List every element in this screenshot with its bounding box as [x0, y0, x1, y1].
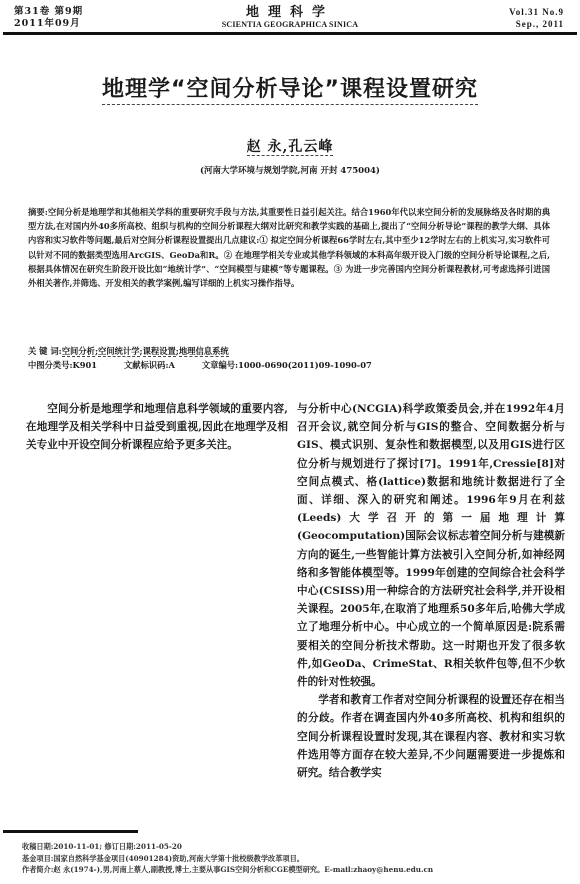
date-en: Sep., 2011: [509, 18, 564, 30]
author-line: 赵 永,孔云峰: [0, 136, 580, 156]
received-date: 收稿日期:2010-11-01; 修订日期:2011-05-20: [22, 841, 433, 853]
clc-number: 中图分类号:K901: [28, 360, 97, 370]
header-rule: [3, 32, 577, 35]
journal-name-en: SCIENTIA GEOGRAPHICA SINICA: [12, 20, 568, 30]
abstract: 摘要:空间分析是地理学和其他相关学科的重要研究手段与方法,其重要性日益引起关注。…: [28, 205, 550, 290]
document-code: 文献标识码:A: [124, 360, 175, 370]
footnote-rule: [3, 830, 138, 833]
paragraph: 学者和教育工作者对空间分析课程的设置还存在相当的分歧。作者在调查国内外40多所高…: [297, 691, 565, 782]
keyword: 地理信息系统: [179, 346, 229, 357]
funding: 基金项目:国家自然科学基金项目(40901284)资助,河南大学第十批校级教学改…: [22, 853, 433, 865]
keywords-label: 关 键 词:: [28, 346, 62, 356]
keywords: 关 键 词:空间分析;空间统计学;课程设置;地理信息系统: [28, 345, 229, 357]
body-column-left: 空间分析是地理学和地理信息科学领域的重要内容,在地理学及相关学科中日益受到重视,…: [26, 400, 288, 455]
authors: 赵 永,孔云峰: [247, 139, 334, 156]
keyword: 空间统计学: [98, 346, 140, 357]
paragraph: 与分析中心(NCGIA)科学政策委员会,并在1992年4月召开会议,就空间分析与…: [297, 400, 565, 691]
author-bio: 作者简介:赵 永(1974-),男,河南上蔡人,副教授,博士,主要从事GIS空间…: [22, 864, 433, 876]
article-title-text: 地理学“空间分析导论”课程设置研究: [102, 77, 478, 105]
paragraph: 空间分析是地理学和地理信息科学领域的重要内容,在地理学及相关学科中日益受到重视,…: [26, 400, 288, 455]
volume-issue-en: Vol.31 No.9: [509, 6, 564, 18]
affiliation: (河南大学环境与规划学院,河南 开封 475004): [0, 164, 580, 176]
article-title: 地理学“空间分析导论”课程设置研究: [0, 72, 580, 103]
journal-name: 地理科学 SCIENTIA GEOGRAPHICA SINICA: [12, 6, 568, 30]
keyword: 空间分析: [62, 346, 95, 357]
classification-line: 中图分类号:K901 文献标识码:A 文章编号:1000-0690(2011)0…: [28, 359, 394, 371]
article-number: 文章编号:1000-0690(2011)09-1090-07: [202, 360, 372, 370]
header-right: Vol.31 No.9 Sep., 2011: [509, 6, 564, 30]
body-column-right: 与分析中心(NCGIA)科学政策委员会,并在1992年4月召开会议,就空间分析与…: [297, 400, 565, 782]
running-header: 第31卷 第9期 2011年09月 地理科学 SCIENTIA GEOGRAPH…: [12, 6, 568, 32]
keyword: 课程设置: [143, 346, 176, 357]
footnote: 收稿日期:2010-11-01; 修订日期:2011-05-20 基金项目:国家…: [22, 841, 433, 876]
journal-name-cn: 地理科学: [12, 6, 568, 20]
